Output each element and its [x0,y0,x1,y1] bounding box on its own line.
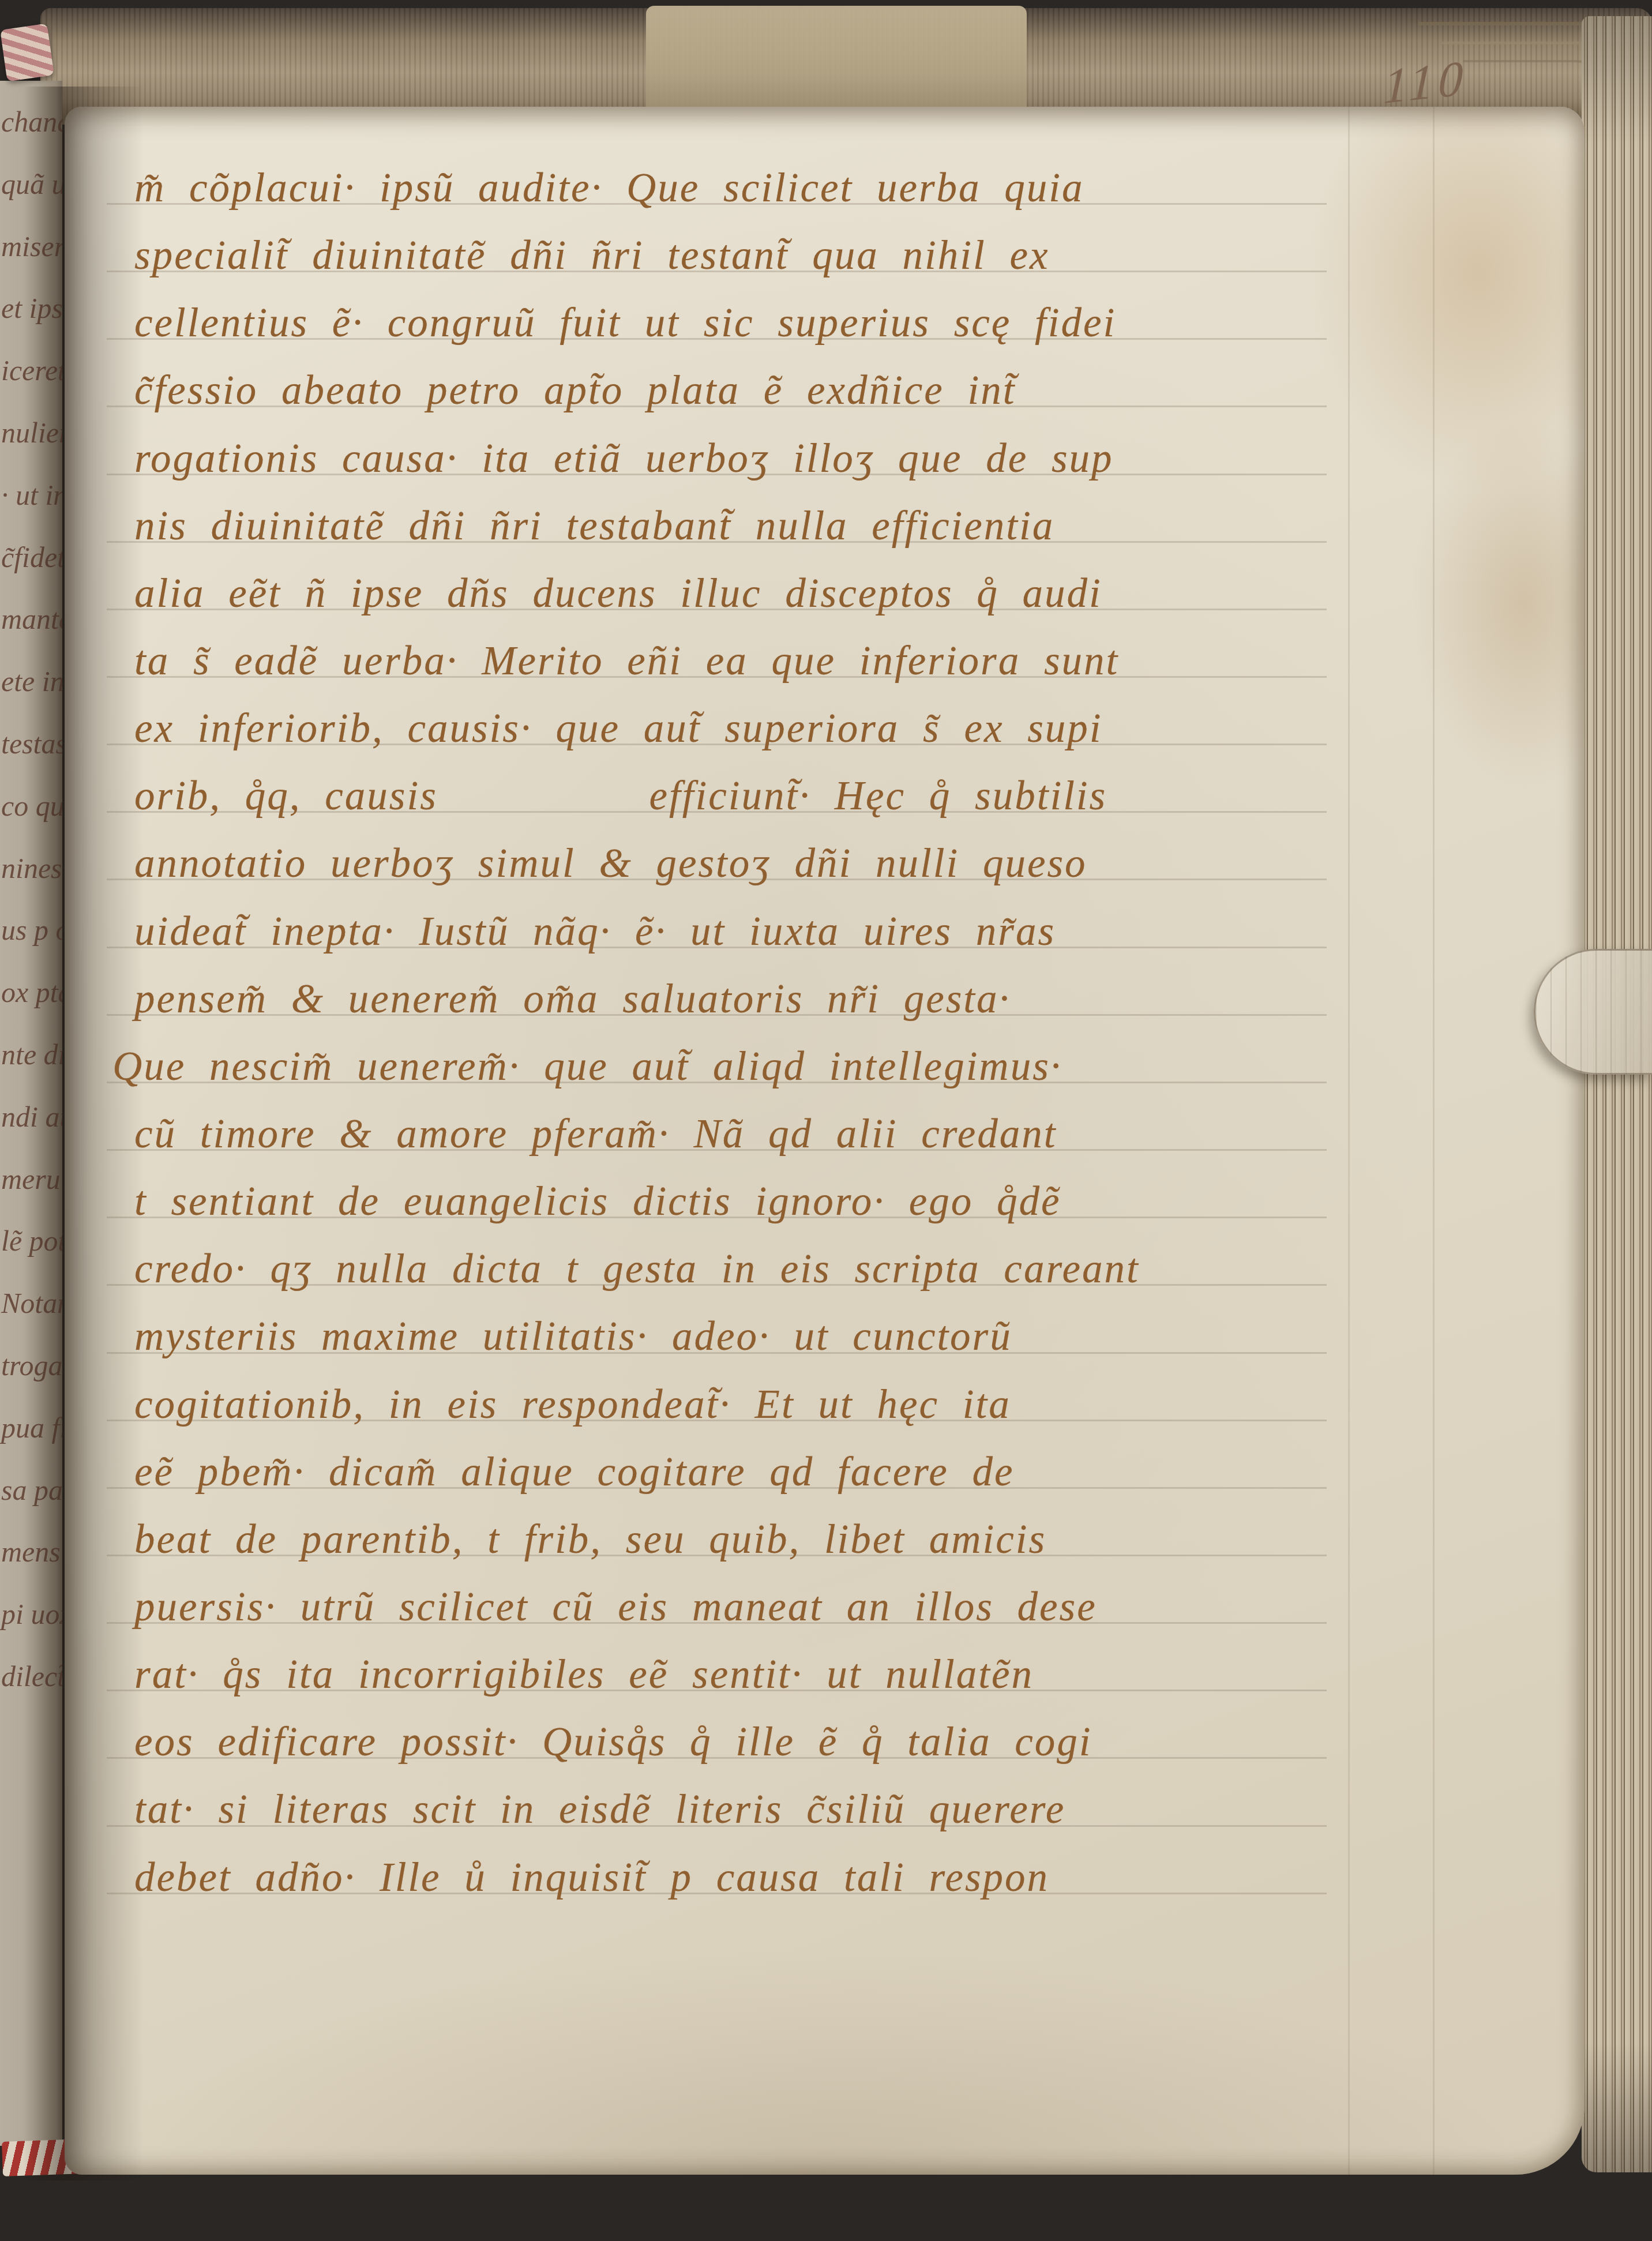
raised-leaf-corner [646,6,1027,118]
manuscript-text-line: c̃fessio abeato petro apt̃o plata ẽ exdñ… [134,357,1323,425]
margin-text-fragment: trogatio [0,1335,62,1397]
manuscript-text-line: eos edificare possit· Quisq̊s q̊ ille ẽ … [134,1709,1323,1776]
margin-text-fragment: · ut inp [0,464,62,527]
text-block: m̃ cõplacui· ipsũ audite· Que scilicet u… [134,155,1323,1912]
margin-text-fragment: chanan [0,91,62,153]
margin-text-fragment: ndi atq̊ [0,1086,62,1148]
manuscript-text-line: debet adño· Ille ů inquisit̃ p causa tal… [134,1844,1323,1912]
margin-text-fragment: quã ue [0,153,62,216]
manuscript-text-line: annotatio uerboʒ simul & gestoʒ dñi null… [134,830,1323,898]
margin-text-fragment: ete in [0,651,62,713]
manuscript-text-line: ta s̃ eadẽ uerba· Merito eñi ea que infe… [134,628,1323,695]
manuscript-text-line: pensem̃ & uenerem̃ om̃a saluatoris nr̃i … [134,966,1323,1033]
facing-page-strip: chananquã uemiseratet ipseiceret.nulieri… [0,81,62,2146]
margin-text-fragment: nulieris [0,402,62,464]
manuscript-text-line: cogitationib, in eis respondeat̃· Et ut … [134,1371,1323,1439]
parchment-crease [1433,107,1435,2175]
margin-text-fragment: pua fide [0,1397,62,1459]
margin-text-fragment: ox ptan [0,962,62,1024]
manuscript-text-line: beat de parentib, t frib, seu quib, libe… [134,1506,1323,1574]
manuscript-text-line: tat· si literas scit in eisdẽ literis c̃… [134,1776,1323,1844]
margin-text-fragment: pi uox a [0,1583,62,1646]
margin-text-fragment: iceret. [0,340,62,402]
manuscript-text-line: mysteriis maxime utilitatis· adeo· ut cu… [134,1303,1323,1371]
folio-number: 110 [1383,48,1469,115]
manuscript-text-line: uideat̃ inepta· Iustũ nãq· ẽ· ut iuxta u… [134,898,1323,966]
margin-text-fragment: Notand [0,1272,62,1335]
manuscript-text-line: puersis· utrũ scilicet cũ eis maneat an … [134,1574,1323,1641]
manuscript-text-line: eẽ pbem̃· dicam̃ alique cogitare qd face… [134,1439,1323,1506]
margin-text-fragment: miserat [0,216,62,278]
manuscript-text-line: m̃ cõplacui· ipsũ audite· Que scilicet u… [134,155,1323,222]
margin-text-fragment: mens q̊sd [0,1521,62,1583]
margin-text-fragment: meruit [0,1148,62,1211]
manuscript-text-line: t sentiant de euangelicis dictis ignoro·… [134,1168,1323,1236]
margin-text-fragment: nines ca [0,838,62,900]
headband-endband [0,24,54,82]
manuscript-text-line: nis diuinitatẽ dñi ñri testabant̃ nulla … [134,493,1323,560]
manuscript-text-line: orib, q̊q, causis efficiunt̃· Hęc q̊ sub… [134,763,1323,830]
parchment-crease [1348,107,1350,2175]
fore-edge-tab [1534,949,1652,1075]
manuscript-text-line: rat· q̊s ita incorrigibiles eẽ sentit· u… [134,1641,1323,1709]
margin-text-fragment: lẽ potest [0,1210,62,1272]
manuscript-photo: chananquã uemiseratet ipseiceret.nulieri… [0,0,1652,2241]
margin-text-fragment: mantes [0,588,62,651]
margin-text-fragment: testas l [0,713,62,775]
margin-text-fragment: sa pandit [0,1459,62,1522]
margin-text-fragment: co quo [0,775,62,838]
margin-text-fragment: dilect̃ [0,1646,62,1708]
manuscript-text-line: ex inferiorib, causis· que aut̃ superior… [134,695,1323,763]
margin-text-fragment: nte dict [0,1024,62,1086]
manuscript-text-line: rogationis causa· ita etiã uerboʒ illoʒ … [134,425,1323,493]
margin-text-fragment: c̃fidet [0,527,62,589]
manuscript-text-line: alia eẽt ñ ipse dñs ducens illuc discept… [134,560,1323,628]
manuscript-text-line: cellentius ẽ· congruũ fuit ut sic superi… [134,290,1323,357]
manuscript-text-line: cũ timore & amore pferam̃· Nã qd alii cr… [134,1101,1323,1168]
margin-text-fragment: us p omn [0,899,62,962]
manuscript-text-line: credo· qʒ nulla dicta t gesta in eis scr… [134,1236,1323,1303]
manuscript-text-line: Que nescim̃ uenerem̃· que aut̃ aliqd int… [112,1033,1323,1101]
fore-edge-page-stack [1582,16,1652,2172]
margin-text-fragment: et ipse [0,277,62,340]
manuscript-text-line: specialit̃ diuinitatẽ dñi ñri testant̃ q… [134,222,1323,290]
